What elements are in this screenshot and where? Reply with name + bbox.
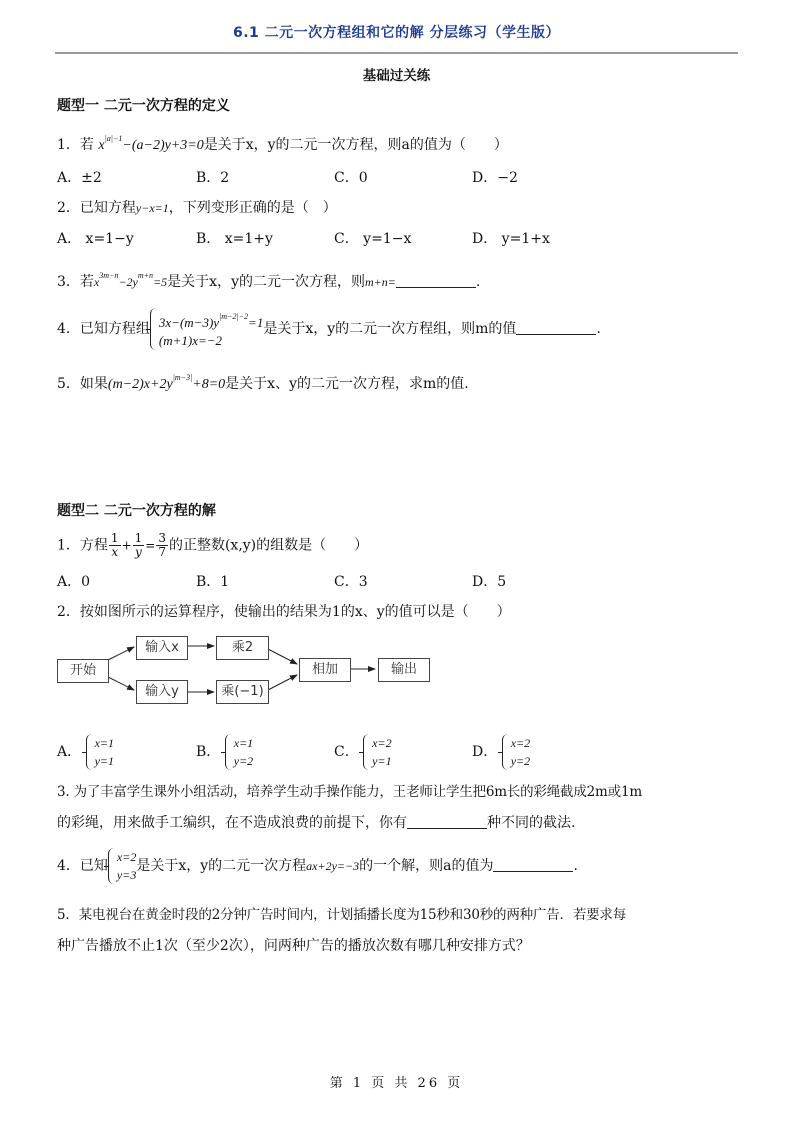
t2-question-5-line2: 种广告播放不止1次（至少2次），问两种广告的播放次数有哪几种安排方式？ (57, 936, 530, 956)
option-a[interactable]: A． x=1−y (57, 229, 134, 249)
t1-question-5: 5．如果(m−2)x+2y|m−3|+8=0是关于x、y的二元一次方程，求m的值… (57, 368, 469, 395)
brace-icon (150, 308, 157, 350)
option-a[interactable]: A． x=1y=1 (57, 734, 114, 770)
answer-blank[interactable] (396, 273, 476, 288)
t2-question-5-line1: 5．某电视台在黄金时段的2分钟广告时间内，计划插播长度为15秒和30秒的两种广告… (57, 905, 626, 925)
flow-add-box: 相加 (299, 658, 351, 682)
option-b[interactable]: B．2 (196, 168, 229, 188)
t1-question-2: 2．已知方程y−x=1，下列变形正确的是（ ） (57, 198, 337, 218)
option-d[interactable]: D．−2 (472, 168, 518, 188)
section-title: 基础过关练 (0, 64, 793, 84)
brace-icon (108, 848, 115, 884)
option-b[interactable]: B． x=1+y (196, 229, 273, 249)
option-d[interactable]: D． y=1+x (472, 229, 550, 249)
flow-input-x-box: 输入x (136, 636, 188, 660)
answer-blank[interactable] (493, 857, 573, 872)
flow-input-y-box: 输入y (136, 680, 188, 704)
option-c[interactable]: C．3 (334, 572, 368, 592)
answer-blank[interactable] (516, 320, 596, 335)
t2-q2-options: A． x=1y=1 B． x=1y=2 C． x=2y=1 D． x=2y=2 (57, 722, 697, 766)
flow-times2-box: 乘2 (216, 636, 269, 660)
brace-icon (363, 734, 370, 770)
math-expr: x3m−n−2ym+n=5 (94, 275, 167, 289)
answer-blank[interactable] (407, 814, 487, 829)
t2-question-2: 2．按如图所示的运算程序，使输出的结果为1的x、y的值可以是（ ） (57, 602, 511, 622)
option-c[interactable]: C． x=2y=1 (334, 734, 392, 770)
option-a[interactable]: A．±2 (57, 168, 102, 188)
type1-heading: 题型一 二元一次方程的定义 (57, 95, 230, 115)
option-a[interactable]: A．0 (57, 572, 90, 592)
fraction: 1x (109, 532, 121, 559)
option-b[interactable]: B．1 (196, 572, 229, 592)
t2-question-4: 4．已知x=2y=3是关于x，y的二元一次方程ax+2y=−3的一个解，则a的值… (57, 848, 578, 884)
question-number: 1． (57, 137, 80, 153)
fraction: 37 (156, 532, 168, 559)
math-expr: y−x=1 (136, 201, 169, 215)
flow-start-box: 开始 (57, 659, 109, 683)
header-divider (55, 52, 738, 54)
page-footer: 第 1 页 共 26 页 (0, 1072, 793, 1091)
t2-question-3-line1: 3. 为了丰富学生课外小组活动，培养学生动手操作能力，王老师让学生把6m长的彩绳… (57, 782, 642, 802)
option-d[interactable]: D． x=2y=2 (472, 734, 530, 770)
t1-question-3: 3．若x3m−n−2ym+n=5是关于x，y的二元一次方程，则m+n=. (57, 266, 480, 292)
math-expr: x|a|−1−(a−2)y+3=0 (98, 138, 203, 153)
t1-question-4: 4．已知方程组3x−(m−3)y|m−2|−2=1(m+1)x=−2是关于x，y… (57, 308, 601, 350)
brace-icon (225, 734, 232, 770)
equation-system: 3x−(m−3)y|m−2|−2=1(m+1)x=−2 (150, 308, 263, 350)
brace-icon (86, 734, 93, 770)
option-b[interactable]: B． x=1y=2 (196, 734, 253, 770)
math-expr: (m−2)x+2y|m−3|+8=0 (108, 377, 225, 392)
equation-system: x=2y=3 (108, 848, 136, 884)
fraction: 1y (133, 532, 145, 559)
flow-output-box: 输出 (378, 658, 430, 682)
t2-question-1: 1．方程1x+1y=37的正整数(x,y)的组数是（ ） (57, 532, 368, 559)
flow-times-neg1-box: 乘(−1) (216, 680, 269, 704)
document-title: 6.1 二元一次方程组和它的解 分层练习（学生版） (0, 22, 793, 42)
option-c[interactable]: C． y=1−x (334, 229, 411, 249)
option-d[interactable]: D．5 (472, 572, 506, 592)
brace-icon (502, 734, 509, 770)
option-c[interactable]: C．0 (334, 168, 368, 188)
t2-question-3-line2: 的彩绳，用来做手工编织，在不造成浪费的前提下，你有种不同的截法. (57, 813, 575, 833)
type2-heading: 题型二 二元一次方程的解 (57, 500, 216, 520)
t1-question-1: 1．若 x|a|−1−(a−2)y+3=0是关于x，y的二元一次方程，则a的值为… (57, 129, 508, 156)
